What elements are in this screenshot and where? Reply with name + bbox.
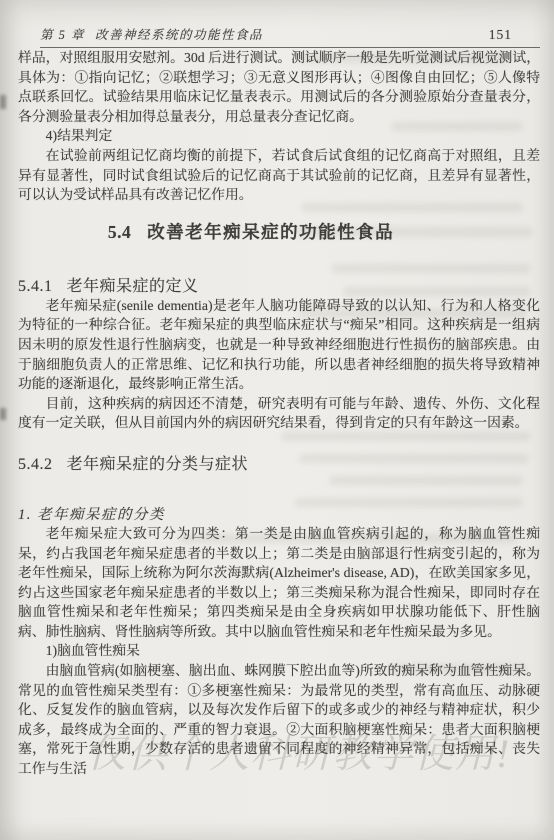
paragraph-etiology: 目前，这种疾病的病因还不清楚，研究表明有可能与年龄、遗传、外伤、文化程度有一定关… — [18, 394, 540, 433]
page-number: 151 — [489, 27, 540, 43]
paragraph-result-judgement: 在试验前两组记忆商均衡的前提下，若试食后试食组的记忆商高于对照组，且差异有显著性… — [18, 146, 540, 205]
subsection-number: 5.4.1 — [18, 278, 53, 295]
running-head-chapter: 第 5 章 — [40, 25, 85, 43]
subsection-title: 老年痴呆症的分类与症状 — [67, 456, 249, 473]
scan-edge-mark — [0, 95, 6, 109]
running-head-title: 改善神经系统的功能性食品 — [95, 25, 263, 43]
list-item-result-judgement-heading: 4)结果判定 — [18, 126, 540, 146]
page-content: 第 5 章 改善神经系统的功能性食品 151 样品，对照组服用安慰剂。30d 后… — [18, 0, 540, 779]
subhead-classification: 1. 老年痴呆症的分类 — [18, 503, 540, 524]
subsection-heading-5-4-2: 5.4.2老年痴呆症的分类与症状 — [18, 451, 540, 474]
scan-edge-mark — [0, 408, 6, 420]
section-title: 改善老年痴呆症的功能性食品 — [147, 222, 394, 242]
subsection-number: 5.4.2 — [18, 456, 53, 473]
list-item-vascular-dementia-heading: 1)脑血管性痴呆 — [18, 641, 540, 661]
paragraph-definition: 老年痴呆症(senile dementia)是老年人脑功能障碍导致的以认知、行为… — [18, 296, 540, 394]
paragraph-classification: 老年痴呆症大致可分为四类：第一类是由脑血管疾病引起的，称为脑血管性痴呆，约占我国… — [18, 524, 540, 642]
section-number: 5.4 — [108, 222, 131, 242]
book-page: 仅供个人科研教学使用! 第 5 章 改善神经系统的功能性食品 151 样品，对照… — [0, 0, 554, 840]
paragraph-test-procedure: 样品，对照组服用安慰剂。30d 后进行测试。测试顺序一般是先听觉测试后视觉测试，… — [18, 48, 540, 126]
subsection-title: 老年痴呆症的定义 — [67, 278, 199, 295]
running-head: 第 5 章 改善神经系统的功能性食品 151 — [40, 25, 540, 48]
subsection-heading-5-4-1: 5.4.1老年痴呆症的定义 — [18, 273, 540, 296]
paragraph-vascular-dementia: 由脑血管病(如脑梗塞、脑出血、蛛网膜下腔出血等)所致的痴呆称为血管性痴呆。常见的… — [18, 661, 540, 779]
section-heading-5-4: 5.4改善老年痴呆症的功能性食品 — [18, 219, 540, 244]
